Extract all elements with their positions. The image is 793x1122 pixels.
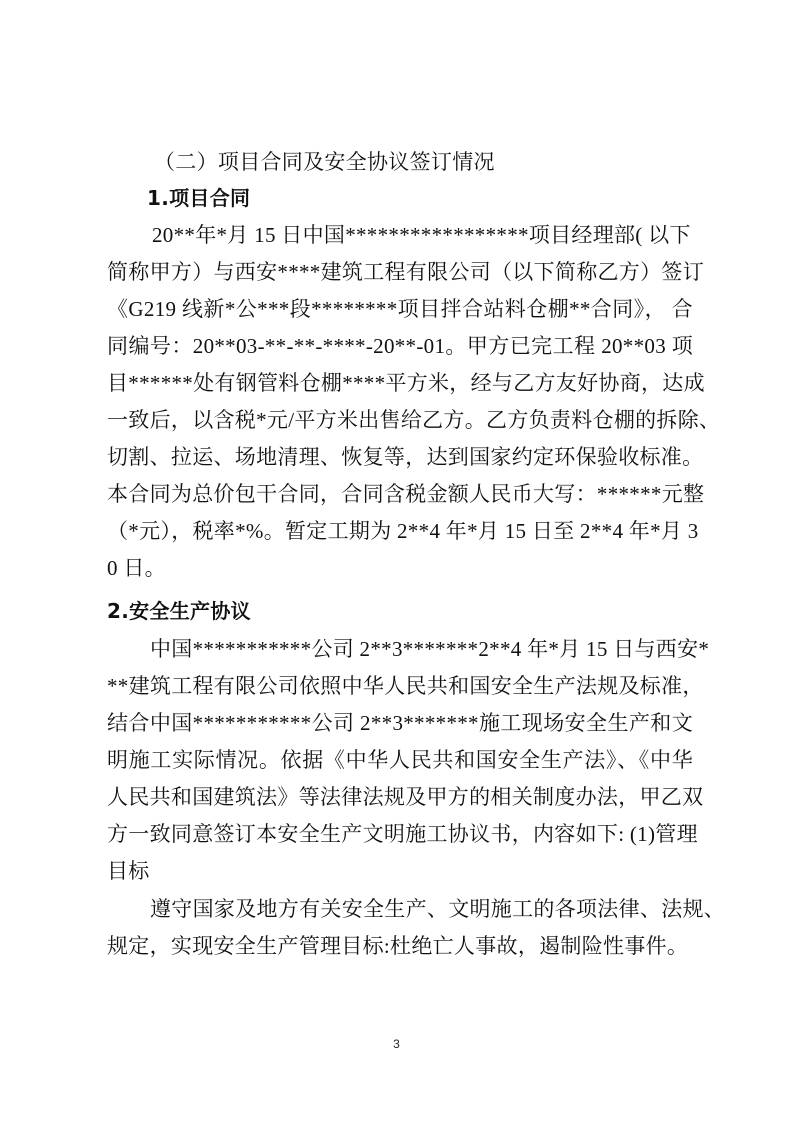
text-line: 目标 bbox=[107, 857, 693, 885]
text-line: 结合中国***********公司 2**3*******施工现场安全生产和文 bbox=[107, 709, 693, 737]
text-line: 中国***********公司 2**3*******2**4 年*月 15 日… bbox=[150, 635, 693, 663]
text-line: **建筑工程有限公司依照中华人民共和国安全生产法规及标准， bbox=[107, 672, 693, 700]
text-line: （*元），税率*%。暂定工期为 2**4 年*月 15 日至 2**4 年*月 … bbox=[107, 517, 693, 545]
text-line: 遵守国家及地方有关安全生产、文明施工的各项法律、法规、 bbox=[150, 895, 693, 923]
text-line: 规定，实现安全生产管理目标:杜绝亡人事故，遏制险性事件。 bbox=[107, 932, 693, 960]
page-number: 3 bbox=[0, 1037, 793, 1051]
text-line: 切割、拉运、场地清理、恢复等，达到国家约定环保验收标准。 bbox=[107, 443, 693, 471]
section-heading: （二）项目合同及安全协议签订情况 bbox=[154, 148, 740, 176]
subsection-heading-safety: 2.安全生产协议 bbox=[107, 597, 693, 625]
text-line: 《G219 线新*公***段********项目拌合站料仓棚**合同》， 合 bbox=[107, 295, 693, 323]
text-line: 简称甲方）与西安****建筑工程有限公司（以下简称乙方）签订 bbox=[107, 258, 693, 286]
text-line: 目******处有钢管料仓棚****平方米，经与乙方友好协商，达成 bbox=[107, 369, 693, 397]
subsection-heading-contract: 1.项目合同 bbox=[147, 184, 733, 212]
text-line: 0 日。 bbox=[107, 554, 693, 582]
document-page: （二）项目合同及安全协议签订情况 1.项目合同 20**年*月 15 日中国**… bbox=[0, 0, 793, 1122]
text-line: 人民共和国建筑法》等法律法规及甲方的相关制度办法，甲乙双 bbox=[107, 783, 693, 811]
text-line: 20**年*月 15 日中国*****************项目经理部( 以下 bbox=[152, 221, 693, 249]
text-line: 一致后，以含税*元/平方米出售给乙方。乙方负责料仓棚的拆除、 bbox=[107, 406, 693, 434]
text-line: 明施工实际情况。依据《中华人民共和国安全生产法》、《中华 bbox=[107, 746, 693, 774]
text-line: 方一致同意签订本安全生产文明施工协议书，内容如下: (1)管理 bbox=[107, 820, 693, 848]
text-line: 本合同为总价包干合同，合同含税金额人民币大写：******元整 bbox=[107, 480, 693, 508]
text-line: 同编号：20**03-**-**-****-20**-01。甲方已完工程 20*… bbox=[107, 332, 693, 360]
